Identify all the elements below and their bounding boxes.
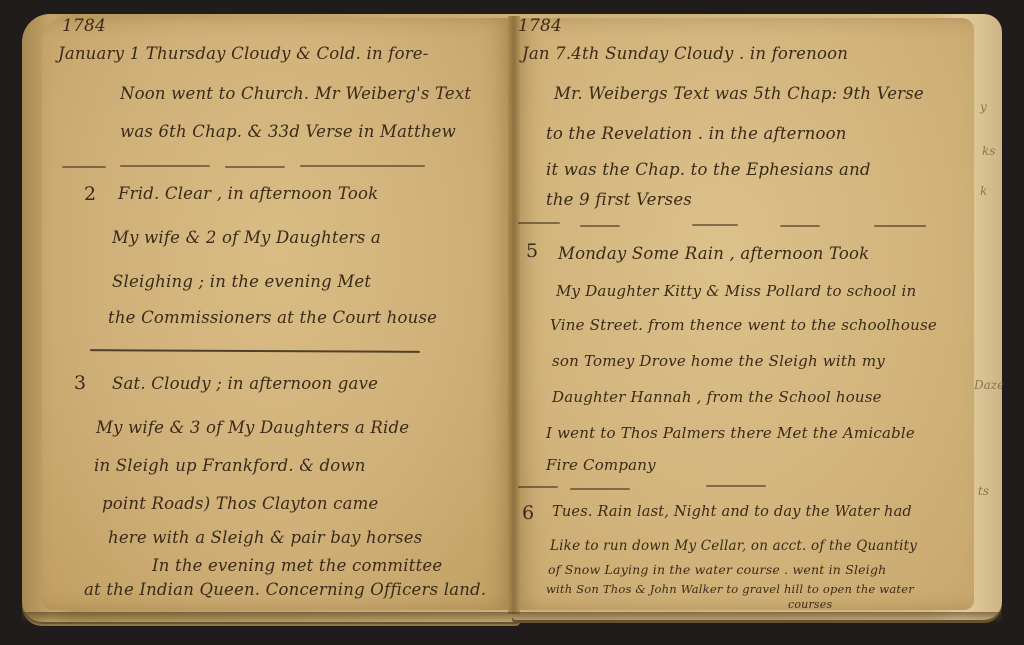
entry-jan1-line2: Noon went to Church. Mr Weiberg's Text [120, 84, 471, 103]
entry-jan5-line5: Daughter Hannah , from the School house [552, 388, 882, 406]
entry-jan4-line3: to the Revelation . in the afternoon [546, 124, 847, 143]
entry-day-number: 3 [74, 372, 86, 394]
entry-day-number: 2 [84, 183, 96, 205]
entry-jan6-line4: with Son Thos & John Walker to gravel hi… [546, 582, 914, 596]
entry-jan3-line6: In the evening met the committee [152, 556, 442, 575]
margin-bleed-mark: Daze [974, 378, 1004, 392]
separator [300, 165, 425, 167]
entry-jan3-line4: point Roads) Thos Clayton came [102, 494, 378, 513]
entry-jan5-line4: son Tomey Drove home the Sleigh with my [552, 352, 885, 370]
margin-bleed-mark: y [980, 100, 987, 114]
separator [780, 225, 820, 227]
entry-jan3-line3: in Sleigh up Frankford. & down [94, 456, 366, 475]
margin-bleed-mark: k [980, 184, 987, 198]
left-page-year: 1784 [62, 16, 106, 36]
entry-jan4-line5: the 9 first Verses [546, 190, 692, 209]
entry-jan5-line6: I went to Thos Palmers there Met the Ami… [546, 424, 915, 442]
entry-jan3-line7: at the Indian Queen. Concerning Officers… [84, 580, 486, 599]
entry-jan2-line3: Sleighing ; in the evening Met [112, 272, 371, 291]
separator [120, 165, 210, 167]
entry-day-number: 5 [526, 240, 538, 262]
separator [518, 222, 560, 224]
entry-jan5-line7: Fire Company [546, 456, 656, 474]
entry-jan3-line2: My wife & 3 of My Daughters a Ride [96, 418, 409, 437]
entry-jan3-line1: Sat. Cloudy ; in afternoon gave [112, 374, 378, 393]
book-gutter [508, 16, 520, 614]
right-page [514, 18, 974, 610]
right-page-year: 1784 [518, 16, 562, 36]
entry-jan5-line1: Monday Some Rain , afternoon Took [558, 244, 869, 263]
separator [580, 225, 620, 227]
entry-jan2-line1: Frid. Clear , in afternoon Took [118, 184, 378, 203]
separator [874, 225, 926, 227]
entry-jan4-line2: Mr. Weibergs Text was 5th Chap: 9th Vers… [554, 84, 924, 103]
entry-jan6-line3: of Snow Laying in the water course . wen… [548, 562, 886, 577]
entry-jan2-line4: the Commissioners at the Court house [108, 308, 437, 327]
entry-jan4-line1: Jan 7.4th Sunday Cloudy . in forenoon [522, 44, 848, 63]
entry-jan4-line4: it was the Chap. to the Ephesians and [546, 160, 871, 179]
margin-bleed-mark: ts [978, 484, 989, 498]
separator [570, 488, 630, 490]
entry-jan6-line2: Like to run down My Cellar, on acct. of … [550, 538, 917, 554]
separator [706, 485, 766, 487]
separator [62, 166, 106, 168]
margin-bleed-mark: ks [982, 144, 995, 158]
entry-day-number: 6 [522, 502, 534, 524]
entry-jan5-line3: Vine Street. from thence went to the sch… [550, 316, 937, 334]
entry-jan1-line3: was 6th Chap. & 33d Verse in Matthew [120, 122, 456, 141]
separator [518, 486, 558, 488]
separator [692, 224, 738, 226]
entry-jan6-line1: Tues. Rain last, Night and to day the Wa… [552, 504, 912, 520]
page-edge-shadow [22, 612, 1002, 624]
entry-jan5-line2: My Daughter Kitty & Miss Pollard to scho… [556, 282, 916, 300]
entry-jan3-line5: here with a Sleigh & pair bay horses [108, 528, 422, 547]
entry-jan1-line1: January 1 Thursday Cloudy & Cold. in for… [58, 44, 429, 63]
open-diary: 1784 January 1 Thursday Cloudy & Cold. i… [0, 0, 1024, 645]
separator [225, 166, 285, 168]
entry-jan2-line2: My wife & 2 of My Daughters a [112, 228, 381, 247]
entry-jan6-line5: courses [788, 598, 832, 611]
